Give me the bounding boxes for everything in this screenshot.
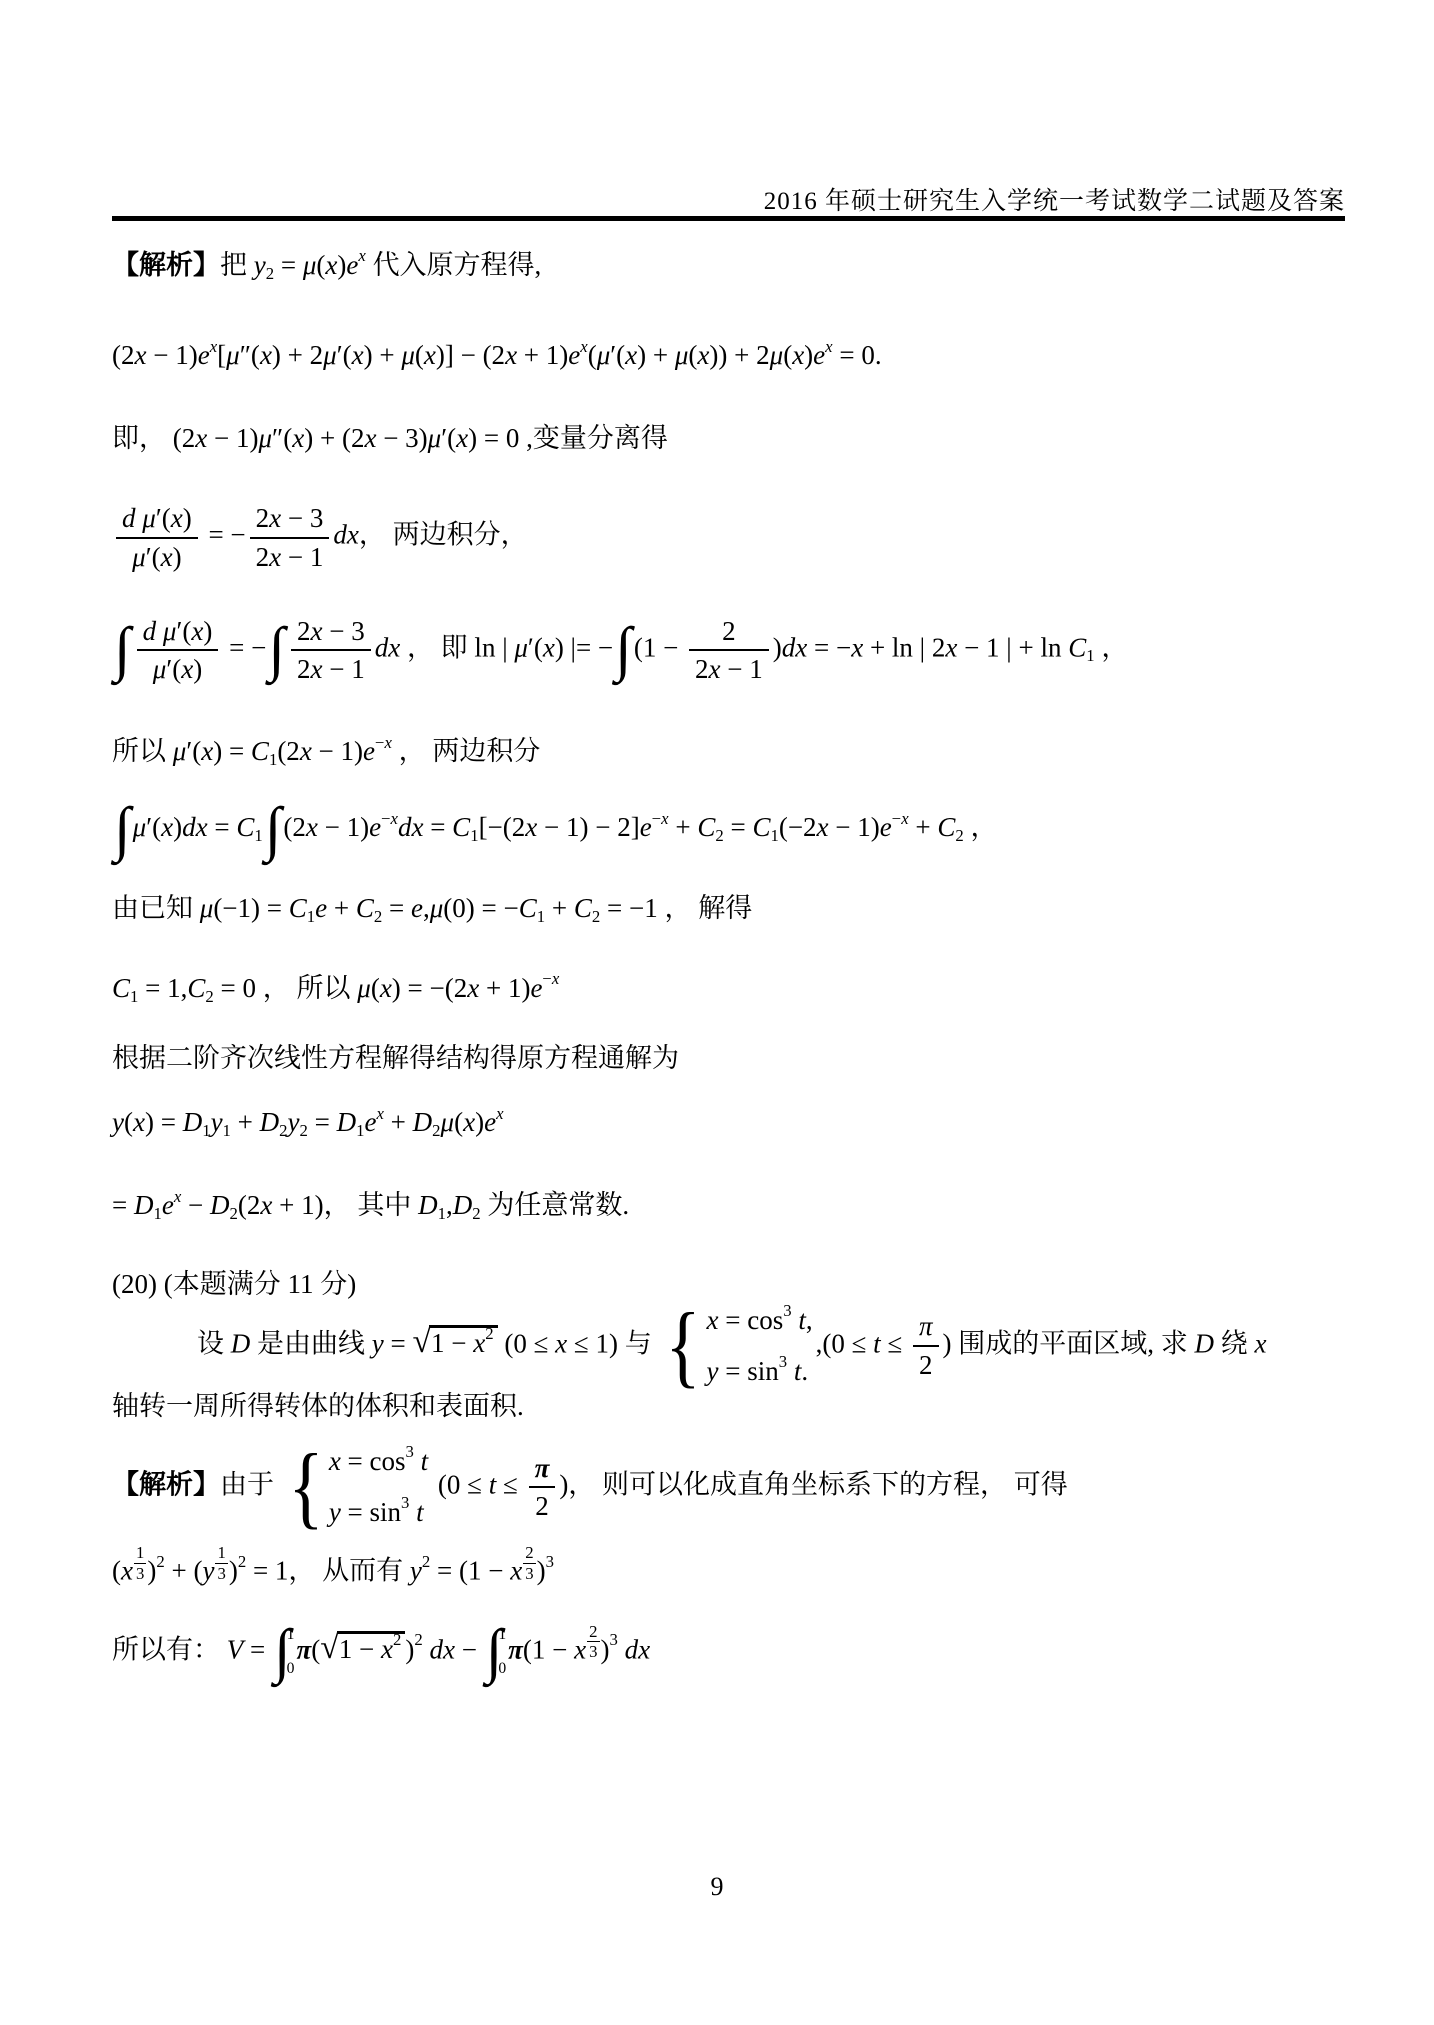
text-run: 2 [535, 1491, 549, 1521]
math-variable: e [640, 812, 652, 842]
subscript: 1 [153, 1206, 161, 1223]
math-variable: D [1195, 1328, 1215, 1358]
text-run: − [542, 969, 551, 988]
superscript: 2 [414, 1632, 422, 1649]
subscript: 1 [254, 828, 262, 845]
math-variable: x [306, 812, 318, 842]
math-variable: x [707, 1305, 719, 1335]
text-run: = [274, 250, 303, 280]
text-run: 即， (2 [112, 423, 195, 453]
text-run: ， 两边积分 [392, 736, 541, 766]
math-variable: t [421, 1446, 429, 1476]
math-variable: μ [173, 736, 187, 766]
text-run: (2 [112, 340, 135, 370]
math-variable: x [135, 340, 147, 370]
math-variable: x [525, 812, 537, 842]
math-variable: y [202, 1555, 214, 1585]
math-integral: ∫10 [274, 1626, 294, 1678]
math-variable: x [456, 423, 468, 453]
math-pi-symbol: π [535, 1453, 550, 1483]
math-variable: e [315, 893, 327, 923]
text-run: ( [371, 973, 380, 1003]
subscript: 2 [592, 909, 600, 926]
text-run: = 0. [833, 340, 882, 370]
subscript: 1 [223, 1123, 231, 1140]
text-run: (0 ≤ [498, 1328, 556, 1358]
math-variable: x [121, 1555, 133, 1585]
radicand: 1 − x2 [429, 1325, 498, 1358]
text-run: − 3) [376, 423, 427, 453]
math-variable: μ [132, 542, 146, 572]
text-run: = cos [719, 1305, 784, 1335]
text-run: 2 [205, 987, 213, 1006]
superscript: 2 [393, 1632, 401, 1649]
math-variable: D [418, 1190, 438, 1220]
math-variable: x [161, 542, 173, 572]
superscript: −x [892, 811, 909, 828]
cases-brace-icon: { [288, 1452, 323, 1521]
text-run: = [243, 1634, 272, 1664]
text-run: 3 [406, 1442, 414, 1461]
document-page: 2016 年硕士研究生入学统一考试数学二试题及答案 【解析】把 y2 = μ(x… [0, 0, 1434, 2025]
text-run: 2 [300, 1121, 308, 1140]
text-run: 1 [770, 826, 778, 845]
text-run: ) [173, 812, 182, 842]
fraction-denominator: μ′(x) [116, 539, 198, 573]
cases-row: y = sin3 t. [707, 1354, 813, 1389]
math-variable: e [369, 812, 381, 842]
text-run: + [384, 1107, 413, 1137]
math-variable: C [452, 812, 470, 842]
text-run: ″( [240, 340, 260, 370]
superscript: −x [542, 971, 559, 988]
content-line-8: 由已知 μ(−1) = C1e + C2 = e,μ(0) = −C1 + C2… [112, 891, 1352, 926]
text-run: ) [203, 616, 212, 646]
text-run: 设 [197, 1328, 231, 1358]
superscript: x [376, 1106, 383, 1123]
math-variable: x [424, 340, 436, 370]
text-run: ) [405, 1634, 414, 1664]
math-variable: dx [182, 812, 207, 842]
fraction-denominator: 2 [913, 1347, 939, 1381]
math-pi-symbol: π [296, 1634, 311, 1664]
text-run: ) 围成的平面区域, 求 [943, 1328, 1195, 1358]
math-variable: C [112, 973, 130, 1003]
math-variable: μ [153, 654, 167, 684]
math-variable: μ [258, 423, 272, 453]
superscript: −x [381, 811, 398, 828]
superscript: x [210, 339, 217, 356]
text-run: ) = [145, 1107, 183, 1137]
text-run: ) [773, 632, 782, 662]
text-run: 2 [266, 264, 274, 283]
math-variable: e [198, 340, 210, 370]
math-variable: x [310, 654, 322, 684]
math-variable: x [496, 1104, 503, 1123]
text-run: 为任意常数. [481, 1190, 630, 1220]
math-integral: ∫ [265, 804, 282, 856]
fraction-denominator: 3 [215, 1564, 227, 1583]
content-line-13: (20) (本题满分 11 分) [112, 1267, 1352, 1302]
math-variable: V [227, 1634, 244, 1664]
superscript: 3 [406, 1444, 414, 1461]
subscript: 2 [230, 1206, 238, 1223]
text-run: − 3 [281, 503, 323, 533]
subscript: 2 [432, 1123, 440, 1140]
text-run: ( [112, 1555, 121, 1585]
subscript: 1 [537, 909, 545, 926]
text-run: ) = −(2 [392, 973, 467, 1003]
math-variable: x [210, 337, 217, 356]
math-variable: x [901, 809, 908, 828]
text-run: ) [173, 542, 182, 572]
math-variable: D [453, 1190, 473, 1220]
text-run: = cos [341, 1446, 406, 1476]
math-variable: x [161, 812, 173, 842]
text-run: − 1) [829, 812, 880, 842]
text-run: ≤ [881, 1328, 909, 1358]
text-run: 把 [220, 250, 254, 280]
text-run: = [308, 1107, 337, 1137]
superscript: 3 [610, 1632, 618, 1649]
math-variable: x [510, 1555, 522, 1585]
text-run: (−2 [779, 812, 817, 842]
text-run [414, 1446, 421, 1476]
fraction-numerator: 2x − 3 [291, 615, 371, 651]
text-run: = 0 ， 所以 [214, 973, 357, 1003]
integral-lower-bound: 0 [287, 1661, 295, 1677]
math-variable: x [380, 973, 392, 1003]
math-variable: e [363, 736, 375, 766]
page-header: 2016 年硕士研究生入学统一考试数学二试题及答案 [764, 181, 1345, 217]
math-variable: x [171, 503, 183, 533]
math-variable: x [292, 423, 304, 453]
text-run: − [455, 1634, 484, 1664]
text-run: + [669, 812, 698, 842]
math-variable: x [945, 632, 957, 662]
text-run: ) + 2 [272, 340, 323, 370]
math-variable: e [568, 340, 580, 370]
text-run: 2 [297, 616, 311, 646]
math-variable: μ [441, 1107, 455, 1137]
text-run: 所以 [112, 736, 173, 766]
text-run: 3 [217, 1564, 225, 1583]
math-fraction: 22x − 1 [689, 615, 769, 685]
text-run: 3 [546, 1552, 554, 1571]
text-run: ) [183, 503, 192, 533]
superscript: 3 [783, 1303, 791, 1320]
text-run: 2 [414, 1630, 422, 1649]
math-variable: μ [226, 340, 240, 370]
text-run: ( [415, 340, 424, 370]
math-cases: {x = cos3 ty = sin3 t [284, 1444, 428, 1530]
superscript: 3 [546, 1554, 554, 1571]
content-line-7: ∫μ′(x)dx = C1∫(2x − 1)e−xdx = C1[−(2x − … [112, 804, 1352, 856]
content-line-3: 即， (2x − 1)μ″(x) + (2x − 3)μ′(x) = 0 ,变量… [112, 421, 1352, 456]
text-run: 3 [783, 1301, 791, 1320]
text-run: ≤ [496, 1469, 524, 1499]
text-run: ≤ 1) 与 [567, 1328, 658, 1358]
text-run: + [327, 893, 356, 923]
text-run: ) [804, 340, 813, 370]
text-run: 1 [136, 1543, 144, 1562]
text-run: 2 [919, 1350, 933, 1380]
math-variable: y [211, 1107, 223, 1137]
math-variable: x [552, 969, 559, 988]
integral-upper-bound: 1 [498, 1627, 506, 1643]
text-run: ( [588, 340, 597, 370]
page-footer: 9 [0, 1872, 1434, 1902]
fraction-denominator: 2x − 1 [689, 651, 769, 685]
subscript: 1 [202, 1123, 210, 1140]
math-variable: μ [303, 250, 317, 280]
math-variable: μ [200, 893, 214, 923]
superscript: x [825, 339, 832, 356]
subscript: 1 [438, 1206, 446, 1223]
text-run: 1 [537, 907, 545, 926]
text-run: + [909, 812, 938, 842]
text-run: ) [147, 1555, 156, 1585]
math-fraction: 23 [523, 1544, 535, 1582]
text-run: ) [537, 1555, 546, 1585]
text-run: 1 [1086, 646, 1094, 665]
text-run: + 1) [479, 973, 530, 1003]
text-run: (20) (本题满分 11 分) [112, 1269, 356, 1299]
text-run: = − [222, 632, 266, 662]
math-variable: μ [428, 423, 442, 453]
cases-row: y = sin3 t [329, 1495, 428, 1530]
fraction-denominator: 3 [523, 1564, 535, 1583]
text-run: 2 [592, 907, 600, 926]
math-fraction: π2 [913, 1310, 939, 1380]
math-variable: π [919, 1311, 933, 1341]
text-run: 由已知 [112, 893, 200, 923]
math-sqrt: √1 − x2 [412, 1328, 497, 1358]
text-run: = 1, [138, 973, 187, 1003]
integral-sign-icon: ∫ [615, 624, 632, 676]
math-integral: ∫ [268, 624, 285, 676]
text-run: ) + [364, 340, 402, 370]
fraction-denominator: 3 [587, 1642, 599, 1661]
text-run: 1 [438, 1204, 446, 1223]
math-variable: C [519, 893, 537, 923]
text-run: − [381, 809, 390, 828]
math-variable: x [325, 250, 337, 280]
math-variable: μ [675, 340, 689, 370]
content-line-1: 【解析】把 y2 = μ(x)ex 代入原方程得, [112, 248, 1352, 283]
math-fraction: d μ′(x)μ′(x) [137, 615, 219, 685]
text-run: ， [1095, 632, 1129, 662]
text-run: ( [783, 340, 792, 370]
text-run: ) = 0 ,变量分离得 [468, 423, 668, 453]
content-line-17: (x13)2 + (y13)2 = 1， 从而有 y2 = (1 − x23)3 [112, 1544, 1352, 1589]
text-run: = − [202, 520, 246, 550]
text-run: 2 [715, 826, 723, 845]
math-variable: y [329, 1497, 341, 1527]
math-variable: x [467, 973, 479, 1003]
integral-sign-icon: ∫ [114, 804, 131, 856]
math-variable: y [372, 1328, 384, 1358]
text-run: ( [124, 1107, 133, 1137]
text-run: − 1) [146, 340, 197, 370]
text-run: 3 [610, 1630, 618, 1649]
math-variable: x [463, 1107, 475, 1137]
superscript: 13 [133, 1544, 147, 1582]
math-variable: D [260, 1107, 280, 1137]
document-body: 【解析】把 y2 = μ(x)ex 代入原方程得,(2x − 1)ex[μ″(x… [112, 222, 1352, 1678]
math-variable: C [752, 812, 770, 842]
math-variable: e [162, 1190, 174, 1220]
math-pi-symbol: π [508, 1634, 523, 1664]
text-run: ′( [186, 736, 201, 766]
math-variable: x [543, 632, 555, 662]
fraction-numerator: 2x − 3 [250, 502, 330, 538]
text-run: ′( [176, 616, 191, 646]
text-run: = − [807, 632, 851, 662]
math-fraction: π2 [529, 1452, 556, 1522]
text-run: 2 [238, 1552, 246, 1571]
fraction-numerator: π [913, 1310, 939, 1346]
text-run: + 1)， 其中 [272, 1190, 418, 1220]
text-run: 2 [485, 1324, 493, 1343]
math-variable: x [269, 503, 281, 533]
fraction-numerator: 1 [215, 1544, 227, 1564]
text-run: = sin [719, 1356, 779, 1386]
superscript: 2 [485, 1326, 493, 1343]
cases-brace-icon: { [666, 1311, 701, 1380]
text-run: [−(2 [479, 812, 526, 842]
fraction-numerator: 2 [523, 1544, 535, 1564]
math-variable: t [416, 1497, 424, 1527]
fraction-numerator: 2 [689, 615, 769, 651]
text-run: 1 [153, 1204, 161, 1223]
text-run: 2 [695, 654, 709, 684]
subscript: 2 [374, 909, 382, 926]
text-run: 3 [589, 1642, 597, 1661]
math-variable: μ [323, 340, 337, 370]
text-run: − 1) − 2] [537, 812, 639, 842]
text-run: ， [964, 812, 998, 842]
page-number: 9 [711, 1872, 724, 1901]
text-run: (0 ≤ [431, 1469, 489, 1499]
text-run: ′( [528, 632, 543, 662]
content-line-2: (2x − 1)ex[μ″(x) + 2μ′(x) + μ(x)] − (2x … [112, 338, 1352, 373]
math-variable: dx [782, 632, 807, 662]
text-run: 3 [779, 1352, 787, 1371]
math-variable: e [484, 1107, 496, 1137]
text-run: ( [454, 1107, 463, 1137]
text-run: , [446, 1190, 453, 1220]
text-run: − [652, 809, 661, 828]
text-run [618, 1634, 625, 1664]
text-run: ( [311, 1634, 320, 1664]
math-variable: C [187, 973, 205, 1003]
math-variable: x [376, 1104, 383, 1123]
text-run: = 1， 从而有 [246, 1555, 410, 1585]
text-run: ) + (2 [304, 423, 364, 453]
integral-bounds: 10 [498, 1626, 506, 1678]
content-line-6: 所以 μ′(x) = C1(2x − 1)e−x ， 两边积分 [112, 734, 1352, 769]
content-line-12: = D1ex − D2(2x + 1)， 其中 D1,D2 为任意常数. [112, 1188, 1352, 1223]
integral-sign-icon: ∫ [265, 804, 282, 856]
text-run: 1 [470, 826, 478, 845]
math-variable: dx [333, 520, 358, 550]
text-run: 0 [498, 1660, 506, 1677]
text-run: 2 [589, 1622, 597, 1641]
text-run: − 3 [322, 616, 364, 646]
text-run: (1 − [523, 1634, 574, 1664]
text-run: (0) = − [443, 893, 518, 923]
text-run: 所以有： [112, 1634, 227, 1664]
superscript: 23 [522, 1544, 536, 1582]
cases-row: x = cos3 t [329, 1444, 428, 1479]
math-variable: x [505, 340, 517, 370]
math-fraction: 2x − 32x − 1 [250, 502, 330, 572]
text-run: − 1 [281, 542, 323, 572]
text-run: = [112, 1190, 134, 1220]
math-variable: μ [133, 812, 147, 842]
math-fraction: 23 [587, 1623, 599, 1661]
math-variable: μ [770, 340, 784, 370]
math-variable: x [300, 736, 312, 766]
bold-label: 【解析】 [112, 1469, 220, 1499]
math-variable: x [817, 812, 829, 842]
superscript: −x [652, 811, 669, 828]
cases-rows: x = cos3 t,y = sin3 t. [707, 1303, 813, 1389]
math-variable: C [251, 736, 269, 766]
math-variable: x [181, 654, 193, 684]
math-variable: y [288, 1107, 300, 1137]
math-variable: D [134, 1190, 154, 1220]
content-line-4: d μ′(x)μ′(x) = −2x − 32x − 1dx， 两边积分， [112, 502, 1352, 572]
text-run: + [231, 1107, 260, 1137]
text-run: = sin [341, 1497, 401, 1527]
math-variable: μ [514, 632, 528, 662]
math-variable: μ [401, 340, 415, 370]
superscript: 23 [586, 1623, 600, 1661]
math-variable: e [880, 812, 892, 842]
text-run: 1 − [431, 1328, 473, 1358]
math-variable: x [851, 632, 863, 662]
text-run: , [806, 1305, 813, 1335]
text-run: ′( [146, 812, 161, 842]
text-run: = [423, 812, 452, 842]
math-variable: y [707, 1356, 719, 1386]
subscript: 2 [205, 989, 213, 1006]
math-integral: ∫ [114, 624, 131, 676]
text-run: 1 [223, 1121, 231, 1140]
text-run: 1 [356, 1121, 364, 1140]
superscript: x [358, 248, 365, 265]
math-variable: x [260, 340, 272, 370]
text-run: − 1 [721, 654, 763, 684]
math-variable: μ [597, 340, 611, 370]
math-integral: ∫ [615, 624, 632, 676]
math-variable: D [183, 1107, 203, 1137]
text-run: 2 [279, 1121, 287, 1140]
text-run: (−1) = [213, 893, 288, 923]
subscript: 2 [955, 828, 963, 845]
content-line-9: C1 = 1,C2 = 0 ， 所以 μ(x) = −(2x + 1)e−x [112, 971, 1352, 1006]
integral-sign-icon: ∫ [268, 624, 285, 676]
math-variable: x [269, 542, 281, 572]
text-run: + 1) [517, 340, 568, 370]
text-run: ″( [272, 423, 292, 453]
math-variable: D [231, 1328, 251, 1358]
math-variable: x [195, 423, 207, 453]
text-run: ′( [166, 654, 181, 684]
text-run: ) + [637, 340, 675, 370]
